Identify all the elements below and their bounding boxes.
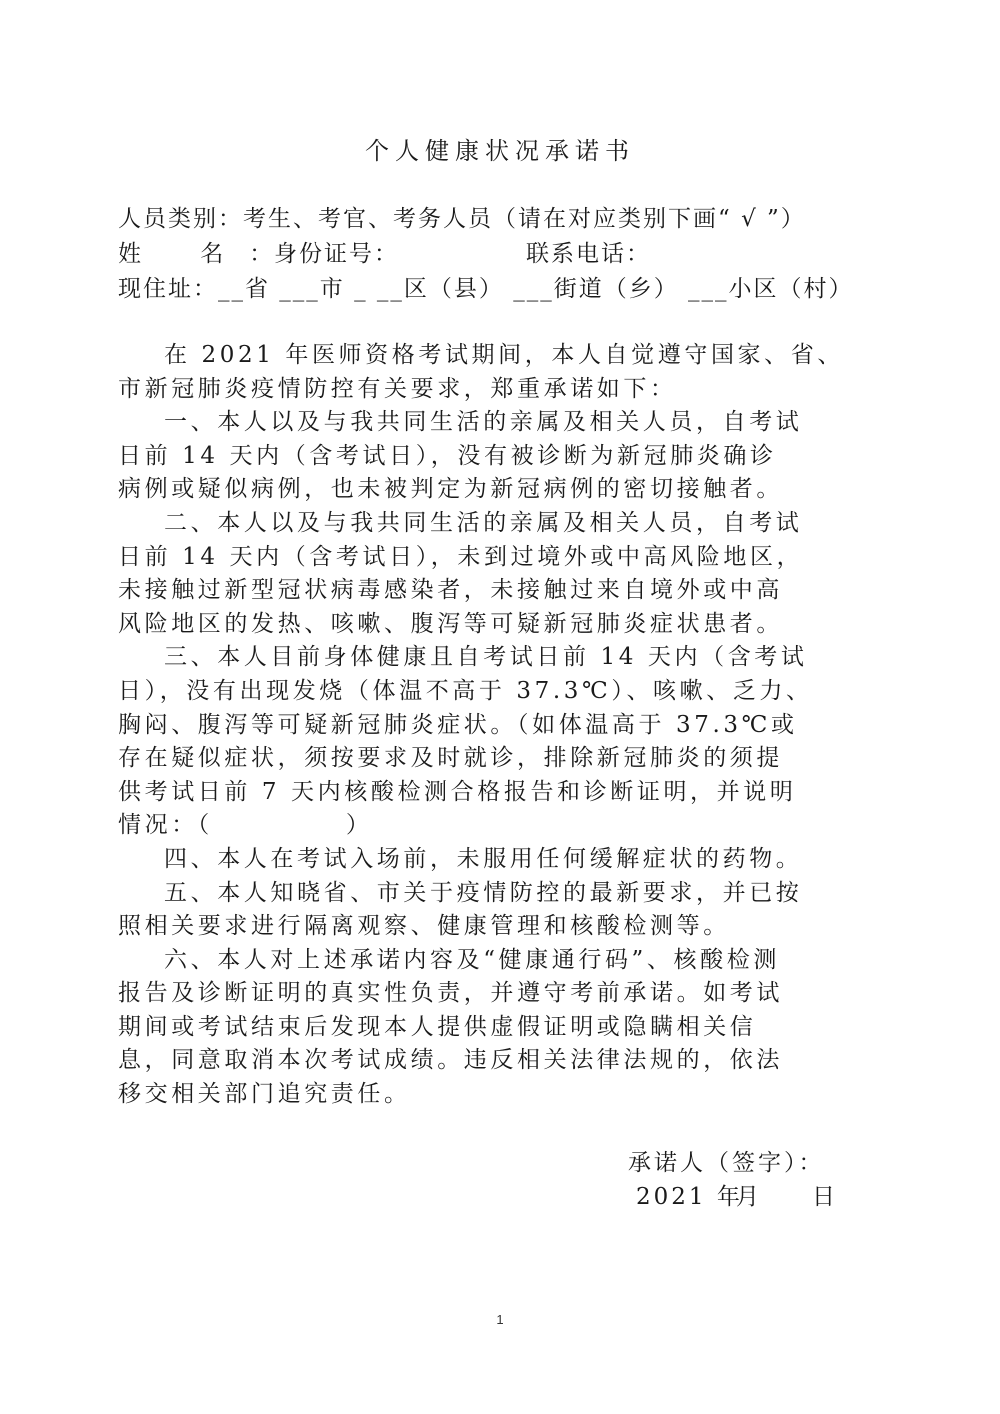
text-line: 存在疑似症状，须按要求及时就诊，排除新冠肺炎的须提 <box>118 742 878 776</box>
signature-date: 2021 年月日 <box>628 1180 838 1214</box>
pledge-item-4: 四、本人在考试入场前，未服用任何缓解症状的药物。 <box>118 843 878 877</box>
date-day: 日 <box>812 1180 838 1214</box>
text-line: 供考试日前 7 天内核酸检测合格报告和诊断证明，并说明 <box>118 776 878 810</box>
date-month: 月 <box>736 1180 812 1214</box>
text-line: 市新冠肺炎疫情防控有关要求，郑重承诺如下： <box>118 373 878 407</box>
text-line: 照相关要求进行隔离观察、健康管理和核酸检测等。 <box>118 910 878 944</box>
id-number-label: 身份证号： <box>274 237 526 272</box>
situation-fill-line: 情况：（ ） <box>118 809 878 843</box>
text-line: 未接触过新型冠状病毒感染者，未接触过来自境外或中高 <box>118 574 878 608</box>
personal-info-header: 人员类别：考生、考官、考务人员（请在对应类别下画“ √ ”） 姓 名：身份证号：… <box>118 202 898 307</box>
date-year: 2021 年 <box>636 1180 736 1214</box>
text-line: 移交相关部门追究责任。 <box>118 1078 878 1112</box>
text-line: 五、本人知晓省、市关于疫情防控的最新要求，并已按 <box>118 877 878 911</box>
text-line: 风险地区的发热、咳嗽、腹泻等可疑新冠肺炎症状患者。 <box>118 608 878 642</box>
name-label: 姓 名： <box>118 237 274 272</box>
text-line: 三、本人目前身体健康且自考试日前 14 天内（含考试 <box>118 641 878 675</box>
pledge-item-3: 三、本人目前身体健康且自考试日前 14 天内（含考试 日），没有出现发烧（体温不… <box>118 641 878 843</box>
document-title: 个人健康状况承诺书 <box>0 136 1000 166</box>
text-line: 日前 14 天内（含考试日），没有被诊断为新冠肺炎确诊 <box>118 440 878 474</box>
identity-line: 姓 名：身份证号：联系电话： <box>118 237 898 272</box>
text-line: 在 2021 年医师资格考试期间，本人自觉遵守国家、省、 <box>118 339 878 373</box>
text-line: 一、本人以及与我共同生活的亲属及相关人员，自考试 <box>118 406 878 440</box>
document-page: 个人健康状况承诺书 人员类别：考生、考官、考务人员（请在对应类别下画“ √ ”）… <box>0 0 1000 1414</box>
text-line: 日），没有出现发烧（体温不高于 37.3℃）、咳嗽、乏力、 <box>118 675 878 709</box>
pledge-item-5: 五、本人知晓省、市关于疫情防控的最新要求，并已按 照相关要求进行隔离观察、健康管… <box>118 877 878 944</box>
text-line: 四、本人在考试入场前，未服用任何缓解症状的药物。 <box>118 843 878 877</box>
text-line: 期间或考试结束后发现本人提供虚假证明或隐瞒相关信 <box>118 1011 878 1045</box>
text-line: 二、本人以及与我共同生活的亲属及相关人员，自考试 <box>118 507 878 541</box>
phone-label: 联系电话： <box>526 237 651 272</box>
text-line: 胸闷、腹泻等可疑新冠肺炎症状。（如体温高于 37.3℃或 <box>118 709 878 743</box>
personnel-category-line: 人员类别：考生、考官、考务人员（请在对应类别下画“ √ ”） <box>118 202 898 237</box>
intro-paragraph: 在 2021 年医师资格考试期间，本人自觉遵守国家、省、 市新冠肺炎疫情防控有关… <box>118 339 878 406</box>
text-line: 日前 14 天内（含考试日），未到过境外或中高风险地区， <box>118 541 878 575</box>
signature-block: 承诺人（签字）： 2021 年月日 <box>628 1146 838 1214</box>
pledge-item-1: 一、本人以及与我共同生活的亲属及相关人员，自考试 日前 14 天内（含考试日），… <box>118 406 878 507</box>
text-line: 六、本人对上述承诺内容及“健康通行码”、核酸检测 <box>118 944 878 978</box>
page-number: 1 <box>0 1312 1000 1327</box>
text-line: 息，同意取消本次考试成绩。违反相关法律法规的，依法 <box>118 1044 878 1078</box>
pledge-item-2: 二、本人以及与我共同生活的亲属及相关人员，自考试 日前 14 天内（含考试日），… <box>118 507 878 641</box>
pledge-item-6: 六、本人对上述承诺内容及“健康通行码”、核酸检测 报告及诊断证明的真实性负责，并… <box>118 944 878 1112</box>
address-line: 现住址：__省 ___市 _ __区（县） ___街道（乡） ___小区（村） <box>118 272 898 307</box>
pledge-body: 在 2021 年医师资格考试期间，本人自觉遵守国家、省、 市新冠肺炎疫情防控有关… <box>118 339 878 1112</box>
text-line: 病例或疑似病例，也未被判定为新冠病例的密切接触者。 <box>118 473 878 507</box>
signer-label: 承诺人（签字）： <box>628 1146 838 1180</box>
text-line: 报告及诊断证明的真实性负责，并遵守考前承诺。如考试 <box>118 977 878 1011</box>
